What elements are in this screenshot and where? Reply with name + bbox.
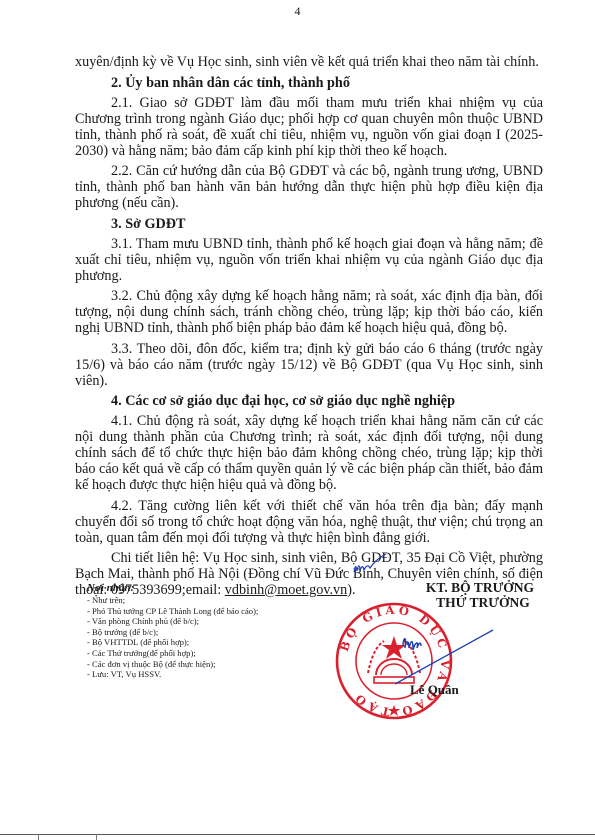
handwritten-signature-icon xyxy=(395,628,495,688)
recipient-item: - Như trên; xyxy=(87,595,258,606)
signature-title-line1: KT. BỘ TRƯỞNG xyxy=(380,580,580,595)
recipient-item: - Lưu: VT, Vụ HSSV. xyxy=(87,669,258,680)
recipient-item: - Bộ VHTTDL (để phối hợp); xyxy=(87,637,258,648)
contact-end: ). xyxy=(347,582,355,598)
document-body: xuyên/định kỳ về Vụ Học sinh, sinh viên … xyxy=(75,54,543,603)
recipients-title: Nơi nhận: xyxy=(87,582,258,595)
page-bottom-tick xyxy=(38,834,39,840)
paragraph-3-1: 3.1. Tham mưu UBND tỉnh, thành phố kế ho… xyxy=(75,236,543,284)
heading-section-3: 3. Sở GDĐT xyxy=(75,216,543,232)
paragraph-intro: xuyên/định kỳ về Vụ Học sinh, sinh viên … xyxy=(75,54,543,70)
recipient-item: - Phó Thủ tướng CP Lê Thành Long (để báo… xyxy=(87,606,258,617)
paragraph-2-1: 2.1. Giao sở GDĐT làm đầu mối tham mưu t… xyxy=(75,95,543,159)
recipients-block: Nơi nhận: - Như trên; - Phó Thủ tướng CP… xyxy=(87,582,258,680)
paragraph-4-2: 4.2. Tăng cường liên kết với thiết chế v… xyxy=(75,498,543,546)
page-number: 4 xyxy=(0,4,595,19)
recipient-item: - Bộ trưởng (để b/c); xyxy=(87,627,258,638)
recipient-item: - Các Thứ trưởng(để phối hợp); xyxy=(87,648,258,659)
heading-section-4: 4. Các cơ sở giáo dục đại học, cơ sở giá… xyxy=(75,393,543,409)
paragraph-3-3: 3.3. Theo dõi, đôn đốc, kiểm tra; định k… xyxy=(75,341,543,389)
signer-name: Lê Quân xyxy=(410,682,459,698)
recipient-item: - Các đơn vị thuộc Bộ (để thực hiện); xyxy=(87,659,258,670)
paragraph-2-2: 2.2. Căn cứ hướng dẫn của Bộ GDĐT và các… xyxy=(75,163,543,211)
paragraph-3-2: 3.2. Chủ động xây dựng kế hoạch hằng năm… xyxy=(75,288,543,336)
page-bottom-rule xyxy=(0,834,595,835)
initial-mark-icon xyxy=(350,552,390,578)
signature-title-line2: THỨ TRƯỞNG xyxy=(386,595,580,610)
recipient-item: - Văn phòng Chính phủ (để b/c); xyxy=(87,616,258,627)
page-bottom-tick xyxy=(96,834,97,840)
heading-section-2: 2. Ủy ban nhân dân các tỉnh, thành phố xyxy=(75,75,543,91)
paragraph-4-1: 4.1. Chủ động rà soát, xây dựng kế hoạch… xyxy=(75,413,543,493)
signature-block: KT. BỘ TRƯỞNG THỨ TRƯỞNG xyxy=(380,580,580,610)
